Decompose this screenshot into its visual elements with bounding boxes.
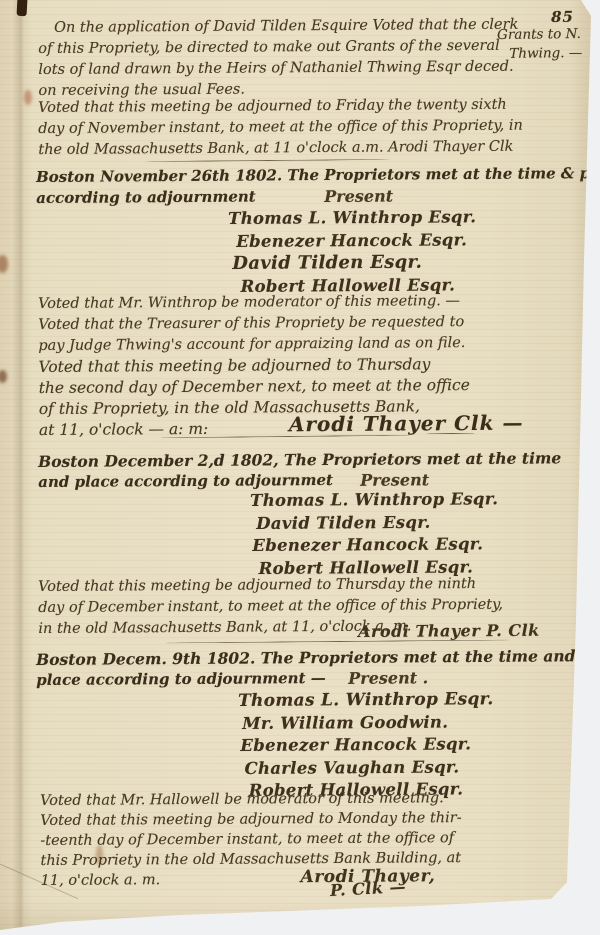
- binding-edge: [17, 0, 28, 16]
- entry-separator: [165, 639, 510, 643]
- attendee-name: Thomas L. Winthrop Esqr.: [238, 688, 494, 712]
- attendee-name: Mr. William Goodwin.: [238, 711, 494, 735]
- heading-text: and place according to adjournmet: [38, 471, 333, 491]
- meeting-dec9-heading: Boston Decem. 9th 1802. The Proprietors …: [36, 645, 576, 691]
- manuscript-line: according to adjournment Present: [36, 184, 600, 209]
- paper-stain: [24, 90, 32, 105]
- paragraph-application: On the application of David Tilden Esqui…: [38, 15, 519, 102]
- clerk-signature: Arodi Thayer Clk —: [289, 413, 524, 436]
- manuscript-page: 85 Grants to N. Thwing. — On the applica…: [0, 0, 600, 935]
- manuscript-line: Voted that the Treasurer of this Proprie…: [38, 312, 469, 336]
- gutter-crease: [12, 0, 32, 935]
- present-label: Present: [360, 469, 429, 490]
- clerk-signature: Arodi Thayer P. Clk: [358, 621, 540, 641]
- manuscript-line: lots of land drawn by the Heirs of Natha…: [38, 57, 518, 81]
- manuscript-scan: 85 Grants to N. Thwing. — On the applica…: [0, 0, 600, 935]
- manuscript-line: Voted that this meeting be adjourned to …: [38, 354, 469, 378]
- page-number: 85: [551, 8, 574, 26]
- paper-stain: [0, 370, 7, 383]
- meeting-dec2-attendees: Thomas L. Winthrop Esqr. David Tilden Es…: [250, 488, 499, 580]
- attendee-name: Ebenezer Hancock Esqr.: [250, 533, 498, 557]
- heading-text: according to adjournment: [36, 187, 256, 207]
- manuscript-line: the second day of December next, to meet…: [39, 375, 470, 399]
- manuscript-line: pay Judge Thwing's account for appraizin…: [38, 333, 469, 357]
- attendee-name: David Tilden Esqr.: [250, 511, 498, 535]
- attendee-name: David Tilden Esqr.: [228, 251, 476, 275]
- attendee-name: Thomas L. Winthrop Esqr.: [228, 206, 476, 230]
- present-label: Present: [324, 186, 393, 207]
- meeting-nov26-heading: Boston November 26th 1802. The Proprieto…: [36, 163, 600, 209]
- meeting-dec9-attendees: Thomas L. Winthrop Esqr. Mr. William Goo…: [238, 688, 494, 802]
- present-label: Present .: [348, 667, 428, 689]
- clerk-signature-title: P. Clk —: [330, 877, 407, 900]
- manuscript-line: Voted that Mr. Winthrop be moderator of …: [38, 291, 469, 315]
- heading-text: place according to adjournment —: [36, 669, 326, 689]
- meeting-nov26-attendees: Thomas L. Winthrop Esqr. Ebenezer Hancoc…: [228, 206, 477, 298]
- vote-text: 11, o'clock a. m.: [41, 872, 161, 889]
- attendee-name: Ebenezer Hancock Esqr.: [228, 229, 476, 253]
- manuscript-line: the old Massachusetts Bank, at 11 o'cloc…: [38, 137, 523, 161]
- meeting-dec2-heading: Boston December 2,d 1802, The Proprietor…: [38, 447, 561, 493]
- paper-stain: [0, 255, 8, 273]
- manuscript-line: place according to adjournment — Present…: [36, 666, 576, 691]
- vote-text: at 11, o'clock — a: m:: [39, 420, 208, 439]
- manuscript-line: day of December instant, to meet at the …: [38, 595, 503, 619]
- paragraph-adjourn-november: Voted that this meeting be adjourned to …: [38, 95, 523, 161]
- attendee-name: Charles Vaughan Esqr.: [238, 756, 494, 780]
- attendee-name: Thomas L. Winthrop Esqr.: [250, 488, 498, 512]
- manuscript-line: at 11, o'clock — a: m: Arodi Thayer Clk …: [39, 417, 470, 446]
- attendee-name: Ebenezer Hancock Esqr.: [238, 733, 494, 757]
- meeting-nov26-votes: Voted that Mr. Winthrop be moderator of …: [38, 291, 470, 446]
